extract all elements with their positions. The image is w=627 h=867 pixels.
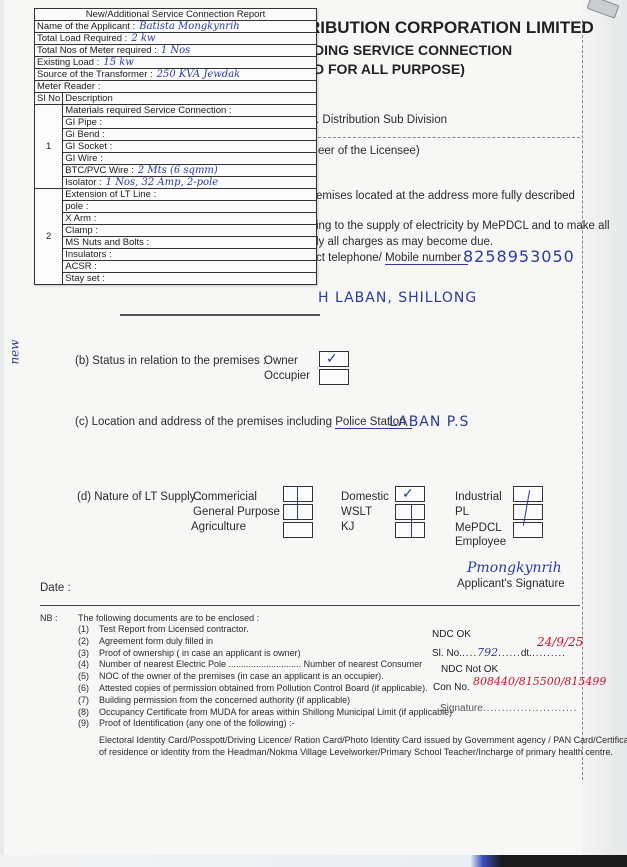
nb-item-text: Number of nearest Electric Pole ........…	[99, 659, 422, 669]
connection-number-label: Con No.	[433, 682, 470, 693]
premises-text: emises located at the address more fully…	[316, 190, 575, 202]
licensee-text: eer of the Licensee)	[318, 145, 420, 157]
supply-industrial-label: Industrial	[455, 491, 502, 503]
serial-value[interactable]: 792	[477, 646, 498, 659]
field-label: Total Load Required :	[37, 33, 127, 44]
location-text: (c) Location and address of the premises…	[75, 416, 332, 428]
wslt-checkbox[interactable]	[395, 504, 425, 520]
nb-intro: The following documents are to be enclos…	[78, 613, 259, 623]
row-label: X Arm :	[65, 213, 96, 224]
row-label: Clamp :	[65, 225, 98, 236]
supply-pl-label: PL	[455, 506, 469, 518]
nb-item-number: (1)	[78, 624, 89, 634]
sub-division-text: . Distribution Sub Division	[316, 114, 447, 126]
supply-agreement-text: ing to the supply of electricity by MePD…	[316, 220, 610, 232]
telephone-label: ct telephone/	[316, 252, 382, 264]
date-issued-value[interactable]: 24/9/25	[537, 635, 583, 649]
nb-item-text: Attested copies of permission obtained f…	[99, 683, 428, 693]
report-field: Existing Load :15 kw	[35, 57, 317, 69]
check-icon: ✓	[326, 351, 338, 365]
nb-item-number: (4)	[78, 659, 89, 669]
margin-note: new	[8, 339, 22, 364]
nb-item-number: (6)	[78, 683, 89, 693]
report-field: Meter Reader :	[35, 81, 317, 93]
material-row: pole :	[63, 201, 317, 213]
status-label: (b) Status in relation to the premises :	[75, 355, 266, 367]
field-label: Name of the Applicant :	[37, 21, 135, 32]
supply-domestic-label: Domestic	[341, 491, 389, 503]
form-subtitle: D FOR ALL PURPOSE)	[314, 61, 465, 77]
row-label: MS Nuts and Bolts :	[65, 237, 149, 248]
date-issued-label: dt.	[521, 648, 532, 659]
nb-label: NB :	[40, 613, 58, 623]
nb-item-number: (8)	[78, 707, 89, 717]
material-row: Clamp :	[63, 225, 317, 237]
material-row: Stay set :	[63, 273, 317, 285]
page-bottom-edge	[0, 855, 627, 867]
occupier-label: Occupier	[264, 370, 310, 382]
row-value[interactable]: 2 Mts (6 sqmm)	[138, 165, 218, 176]
row-label: Insulators :	[65, 249, 111, 260]
strike-line	[297, 486, 298, 520]
material-row: GI Wire :	[63, 153, 317, 165]
kj-checkbox[interactable]	[395, 522, 425, 538]
report-title: New/Additional Service Connection Report	[35, 9, 317, 21]
existing-load-value[interactable]: 15 kw	[103, 57, 134, 68]
nb-item-number: (5)	[78, 671, 89, 681]
owner-label: Owner	[264, 355, 298, 367]
material-row: Extension of LT Line :	[63, 189, 317, 201]
nb-item-text: Building permission from the concerned a…	[99, 695, 350, 705]
service-connection-report: New/Additional Service Connection Report…	[34, 8, 317, 285]
material-row: ACSR :	[63, 261, 317, 273]
row-label: GI Socket :	[65, 141, 112, 152]
col-sl-header: Sl No	[35, 93, 63, 105]
material-row: Materials required Service Connection :	[63, 105, 317, 117]
id-proof-line-1: Electoral Identity Card/Posspott/Driving…	[99, 735, 627, 745]
total-load-value[interactable]: 2 kw	[131, 33, 155, 44]
connection-number-value[interactable]: 808440/815500/815499	[473, 675, 606, 688]
ndc-not-ok-label: NDC Not OK	[441, 664, 498, 675]
row-label: BTC/PVC Wire :	[65, 165, 134, 176]
commercial-checkbox[interactable]	[283, 486, 313, 502]
check-icon: ✓	[402, 486, 414, 500]
report-table: New/Additional Service Connection Report…	[34, 8, 317, 285]
row-label: pole :	[65, 201, 88, 212]
row-label: Gi Bend :	[65, 129, 105, 140]
agriculture-checkbox[interactable]	[283, 522, 313, 538]
nb-item-text: NOC of the owner of the premises (in cas…	[99, 671, 384, 681]
nb-item-number: (3)	[78, 648, 89, 658]
row-label: GI Wire :	[65, 153, 102, 164]
id-proof-line-2: of residence or identity from the Headma…	[99, 747, 613, 757]
location-label: (c) Location and address of the premises…	[75, 416, 412, 428]
field-label: Existing Load :	[37, 57, 99, 68]
police-station-value[interactable]: LABAN P.S	[389, 414, 469, 430]
report-field: Name of the Applicant :Batista Mongkynri…	[35, 21, 317, 33]
nb-item-text: Proof of Identification (any one of the …	[99, 718, 295, 728]
material-row: Isolator :1 Nos, 32 Amp, 2-pole	[63, 177, 317, 189]
supply-mepdcl-employee-label: MePDCL Employee	[455, 521, 515, 549]
telephone-line: ct telephone/ Mobile number :	[316, 252, 468, 264]
applicant-signature-label: Applicant's Signature	[457, 578, 565, 590]
meter-count-value[interactable]: 1 Nos	[161, 45, 190, 56]
nb-item-text: Proof of ownership ( in case an applican…	[99, 648, 301, 658]
office-signature-line: Signature.........................	[440, 703, 577, 714]
address-value[interactable]: H LABAN, SHILLONG	[318, 290, 477, 306]
row-label: GI Pipe :	[65, 117, 102, 128]
nb-item-text: Occupancy Certificate from MUDA for area…	[99, 707, 452, 717]
row-label: Isolator :	[65, 177, 101, 188]
form-title: DING SERVICE CONNECTION	[314, 42, 512, 58]
field-label: Source of the Transformer :	[37, 69, 153, 80]
report-field: Total Load Required :2 kw	[35, 33, 317, 45]
row-value[interactable]: 1 Nos, 32 Amp, 2-pole	[106, 177, 218, 188]
general-purpose-checkbox[interactable]	[283, 504, 313, 520]
supply-commercial-label: Commericial	[193, 491, 257, 503]
report-field: Total Nos of Meter required :1 Nos	[35, 45, 317, 57]
owner-checkbox[interactable]: ✓	[319, 351, 349, 367]
report-field: Source of the Transformer :250 KVA Jewda…	[35, 69, 317, 81]
applicant-signature-value[interactable]: Pmongkynrih	[467, 560, 562, 576]
nb-item-text: Agreement form duly filled in	[99, 636, 213, 646]
material-row: MS Nuts and Bolts :	[63, 237, 317, 249]
mepdcl-employee-checkbox[interactable]	[513, 522, 543, 538]
nb-item-number: (9)	[78, 718, 89, 728]
nb-item-number: (7)	[78, 695, 89, 705]
date-label: Date :	[40, 582, 71, 594]
field-label: Meter Reader :	[37, 81, 100, 92]
divider	[318, 137, 580, 138]
nb-item-number: (2)	[78, 636, 89, 646]
page-fold-line	[582, 20, 583, 780]
supply-agriculture-label: Agriculture	[191, 521, 246, 533]
mobile-number-value[interactable]: 8258953050	[463, 247, 575, 266]
supply-wslt-label: WSLT	[341, 506, 372, 518]
col-description-header: Description	[63, 93, 317, 105]
strike-line	[411, 505, 412, 537]
group-2-sl: 2	[35, 189, 63, 285]
material-row: GI Socket :	[63, 141, 317, 153]
applicant-name-value[interactable]: Batista Mongkynrih	[139, 21, 240, 32]
material-row: Gi Bend :	[63, 129, 317, 141]
domestic-checkbox[interactable]: ✓	[395, 486, 425, 502]
supply-general-purpose-label: General Purpose	[193, 506, 280, 518]
occupier-checkbox[interactable]	[319, 369, 349, 385]
divider	[120, 314, 320, 316]
group-1-sl: 1	[35, 105, 63, 189]
divider	[40, 605, 580, 606]
row-label: Materials required Service Connection :	[65, 105, 231, 116]
material-row: X Arm :	[63, 213, 317, 225]
material-row: BTC/PVC Wire :2 Mts (6 sqmm)	[63, 165, 317, 177]
transformer-source-value[interactable]: 250 KVA Jewdak	[157, 69, 241, 80]
ndc-ok-label: NDC OK	[432, 629, 471, 640]
supply-kj-label: KJ	[341, 521, 354, 533]
mobile-label: Mobile number :	[385, 252, 467, 265]
row-label: Stay set :	[65, 273, 105, 284]
nb-item-text: Test Report from Licensed contractor.	[99, 624, 249, 634]
corporation-title: RIBUTION CORPORATION LIMITED	[308, 18, 594, 38]
supply-label: (d) Nature of LT Supply :	[77, 491, 202, 503]
row-label: ACSR :	[65, 261, 97, 272]
pl-checkbox[interactable]	[513, 504, 543, 520]
material-row: Insulators :	[63, 249, 317, 261]
office-signature-label: Signature	[440, 703, 483, 714]
row-label: Extension of LT Line :	[65, 189, 156, 200]
material-row: GI Pipe :	[63, 117, 317, 129]
field-label: Total Nos of Meter required :	[37, 45, 157, 56]
serial-label: Sl. No.	[432, 648, 462, 659]
